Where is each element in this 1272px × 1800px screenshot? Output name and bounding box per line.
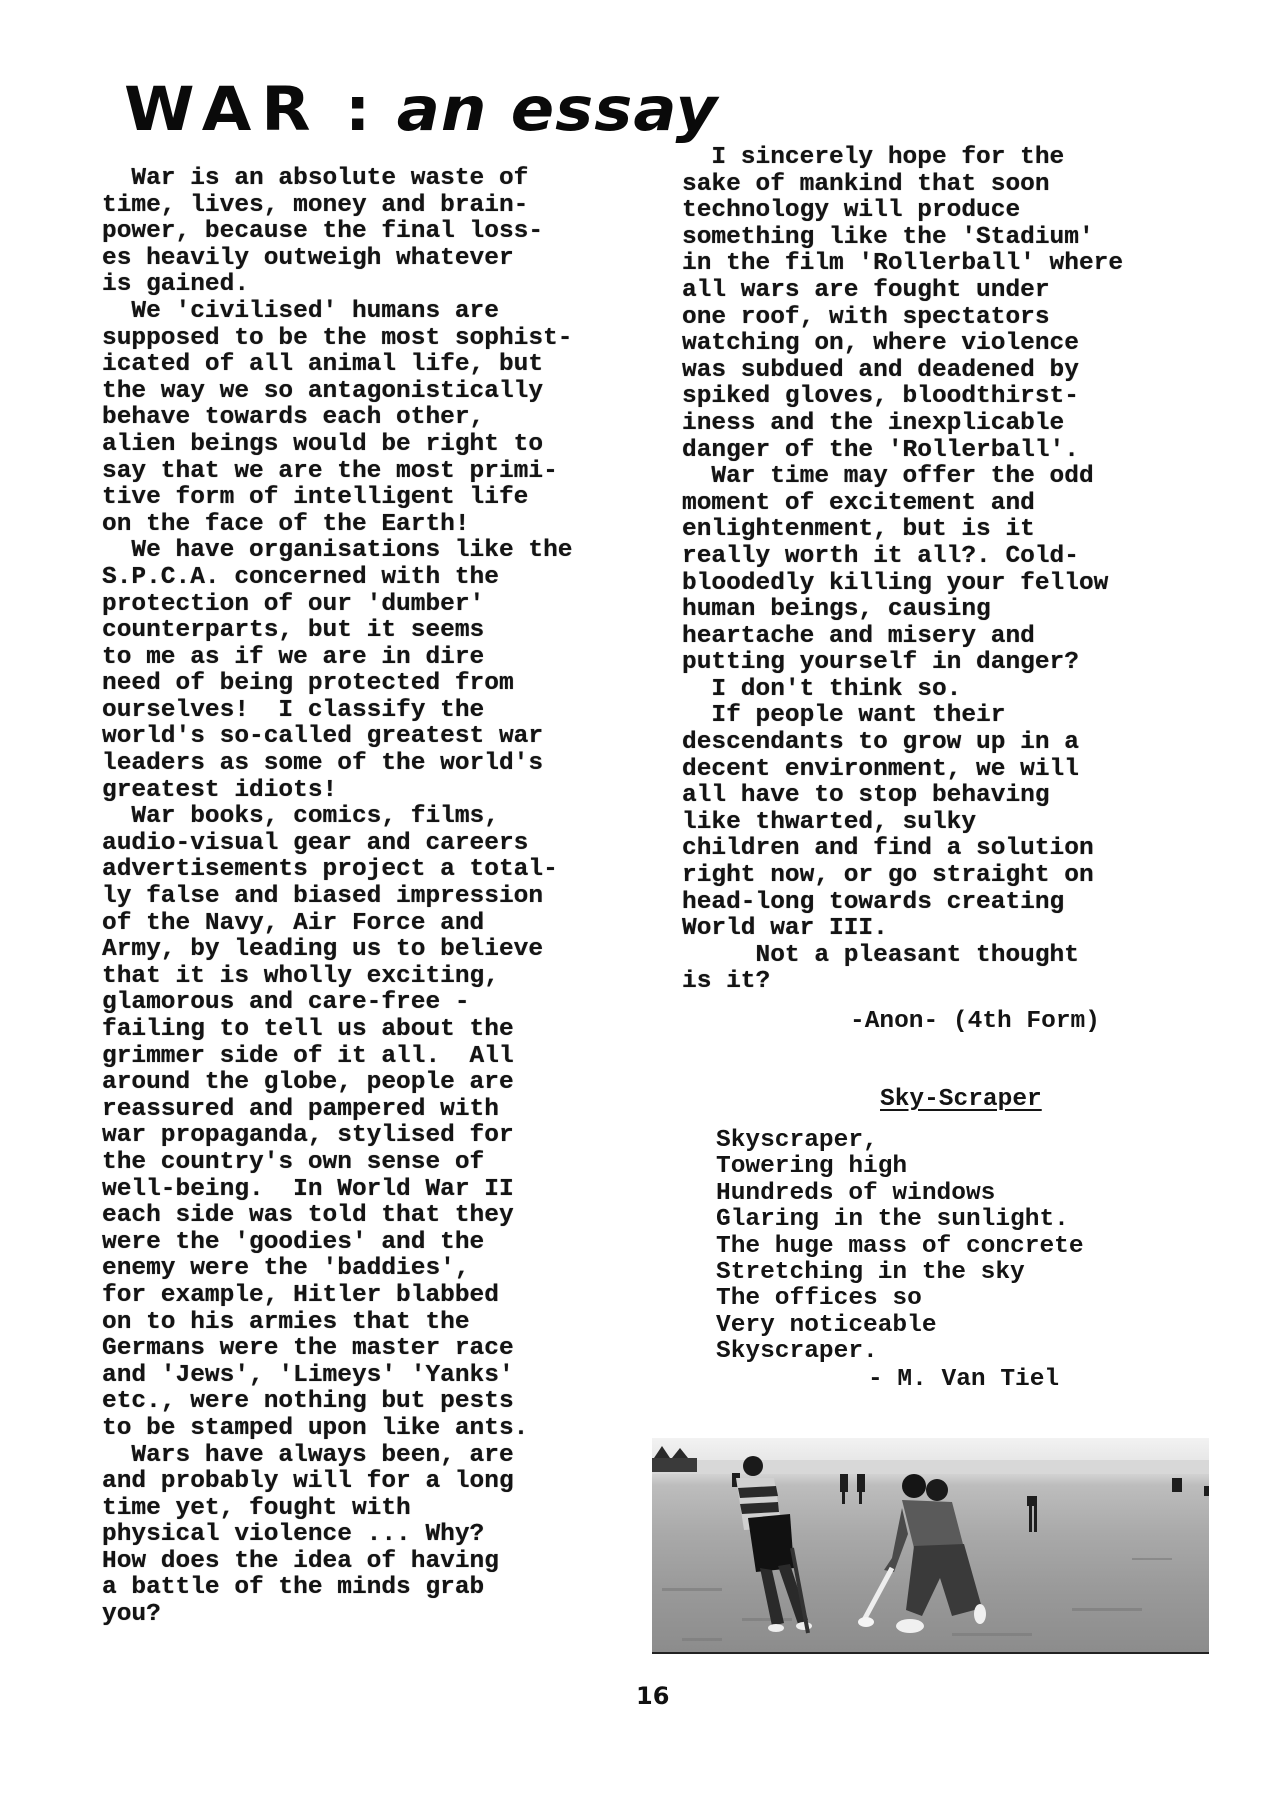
essay-text-line: Not a pleasant thought (682, 943, 1123, 970)
essay-text-line: on the face of the Earth! (102, 512, 572, 539)
essay-text-line: War books, comics, films, (102, 804, 572, 831)
essay-text-line: ly false and biased impression (102, 884, 572, 911)
essay-title-war: WAR (124, 75, 321, 145)
essay-text-line: is gained. (102, 272, 572, 299)
essay-text-line: that it is wholly exciting, (102, 964, 572, 991)
essay-text-line: and 'Jews', 'Limeys' 'Yanks' (102, 1363, 572, 1390)
essay-text-line: glamorous and care-free - (102, 990, 572, 1017)
essay-text-line: icated of all animal life, but (102, 352, 572, 379)
essay-text-line: Wars have always been, are (102, 1443, 572, 1470)
essay-text-line: well-being. In World War II (102, 1177, 572, 1204)
essay-text-line: I don't think so. (682, 677, 1123, 704)
essay-text-line: the country's own sense of (102, 1150, 572, 1177)
poem-body: Skyscraper,Towering highHundreds of wind… (716, 1128, 1084, 1366)
essay-text-line: etc., were nothing but pests (102, 1389, 572, 1416)
essay-text-line: putting yourself in danger? (682, 650, 1123, 677)
hockey-photo (652, 1438, 1209, 1654)
essay-text-line: right now, or go straight on (682, 863, 1123, 890)
essay-text-line: say that we are the most primi- (102, 459, 572, 486)
poem-line: Hundreds of windows (716, 1181, 1084, 1207)
essay-text-line: grimmer side of it all. All (102, 1044, 572, 1071)
essay-text-line: head-long towards creating (682, 890, 1123, 917)
essay-text-line: need of being protected from (102, 671, 572, 698)
essay-text-line: time yet, fought with (102, 1496, 572, 1523)
essay-text-line: World war III. (682, 916, 1123, 943)
essay-text-line: you? (102, 1602, 572, 1629)
essay-title: WAR : an essay (124, 80, 718, 141)
document-page: WAR : an essay War is an absolute waste … (0, 0, 1272, 1800)
essay-text-line: watching on, where violence (682, 331, 1123, 358)
essay-text-line: behave towards each other, (102, 405, 572, 432)
essay-text-line: es heavily outweigh whatever (102, 246, 572, 273)
essay-text-line: power, because the final loss- (102, 219, 572, 246)
essay-text-line: sake of mankind that soon (682, 172, 1123, 199)
essay-text-line: war propaganda, stylised for (102, 1123, 572, 1150)
essay-text-line: one roof, with spectators (682, 305, 1123, 332)
essay-text-line: decent environment, we will (682, 757, 1123, 784)
essay-text-line: around the globe, people are (102, 1070, 572, 1097)
poem-title: Sky-Scraper (880, 1086, 1042, 1113)
essay-text-line: iness and the inexplicable (682, 411, 1123, 438)
essay-text-line: enemy were the 'baddies', (102, 1256, 572, 1283)
essay-text-line: ourselves! I classify the (102, 698, 572, 725)
essay-text-line: for example, Hitler blabbed (102, 1283, 572, 1310)
poem-line: The offices so (716, 1286, 1084, 1312)
essay-text-line: War time may offer the odd (682, 464, 1123, 491)
essay-text-line: How does the idea of having (102, 1549, 572, 1576)
essay-text-line: alien beings would be right to (102, 432, 572, 459)
essay-text-line: the way we so antagonistically (102, 379, 572, 406)
essay-text-line: spiked gloves, bloodthirst- (682, 384, 1123, 411)
essay-right-column: I sincerely hope for thesake of mankind … (682, 145, 1123, 996)
essay-text-line: were the 'goodies' and the (102, 1230, 572, 1257)
essay-text-line: is it? (682, 969, 1123, 996)
essay-text-line: bloodedly killing your fellow (682, 571, 1123, 598)
essay-text-line: War is an absolute waste of (102, 166, 572, 193)
poem-line: Skyscraper. (716, 1339, 1084, 1365)
poem-line: Skyscraper, (716, 1128, 1084, 1154)
essay-text-line: something like the 'Stadium' (682, 225, 1123, 252)
essay-text-line: enlightenment, but is it (682, 517, 1123, 544)
essay-text-line: all wars are fought under (682, 278, 1123, 305)
essay-text-line: failing to tell us about the (102, 1017, 572, 1044)
essay-text-line: physical violence ... Why? (102, 1522, 572, 1549)
essay-text-line: technology will produce (682, 198, 1123, 225)
poem-line: Very noticeable (716, 1313, 1084, 1339)
essay-text-line: on to his armies that the (102, 1310, 572, 1337)
essay-text-line: to me as if we are in dire (102, 645, 572, 672)
essay-text-line: in the film 'Rollerball' where (682, 251, 1123, 278)
essay-text-line: tive form of intelligent life (102, 485, 572, 512)
essay-text-line: descendants to grow up in a (682, 730, 1123, 757)
essay-text-line: advertisements project a total- (102, 857, 572, 884)
essay-text-line: heartache and misery and (682, 624, 1123, 651)
essay-text-line: If people want their (682, 703, 1123, 730)
essay-text-line: I sincerely hope for the (682, 145, 1123, 172)
essay-text-line: danger of the 'Rollerball'. (682, 438, 1123, 465)
essay-left-column: War is an absolute waste oftime, lives, … (102, 166, 572, 1629)
essay-text-line: each side was told that they (102, 1203, 572, 1230)
essay-text-line: greatest idiots! (102, 778, 572, 805)
essay-text-line: S.P.C.A. concerned with the (102, 565, 572, 592)
poem-line: Stretching in the sky (716, 1260, 1084, 1286)
essay-text-line: a battle of the minds grab (102, 1575, 572, 1602)
essay-text-line: children and find a solution (682, 836, 1123, 863)
poem-line: The huge mass of concrete (716, 1234, 1084, 1260)
essay-text-line: time, lives, money and brain- (102, 193, 572, 220)
essay-text-line: moment of excitement and (682, 491, 1123, 518)
page-number: 16 (636, 1682, 669, 1710)
poem-line: Glaring in the sunlight. (716, 1207, 1084, 1233)
essay-text-line: supposed to be the most sophist- (102, 326, 572, 353)
essay-text-line: of the Navy, Air Force and (102, 911, 572, 938)
essay-title-separator: : (345, 75, 373, 145)
essay-text-line: counterparts, but it seems (102, 618, 572, 645)
essay-text-line: was subdued and deadened by (682, 358, 1123, 385)
essay-title-subtitle: an essay (397, 75, 719, 145)
essay-text-line: like thwarted, sulky (682, 810, 1123, 837)
hockey-photo-image (652, 1438, 1209, 1652)
essay-text-line: Germans were the master race (102, 1336, 572, 1363)
essay-text-line: We 'civilised' humans are (102, 299, 572, 326)
essay-text-line: leaders as some of the world's (102, 751, 572, 778)
essay-signoff: -Anon- (4th Form) (850, 1008, 1100, 1035)
essay-text-line: all have to stop behaving (682, 783, 1123, 810)
essay-text-line: human beings, causing (682, 597, 1123, 624)
essay-text-line: protection of our 'dumber' (102, 592, 572, 619)
essay-text-line: Army, by leading us to believe (102, 937, 572, 964)
essay-text-line: audio-visual gear and careers (102, 831, 572, 858)
essay-text-line: We have organisations like the (102, 538, 572, 565)
poem-line: Towering high (716, 1154, 1084, 1180)
essay-text-line: really worth it all?. Cold- (682, 544, 1123, 571)
essay-text-line: reassured and pampered with (102, 1097, 572, 1124)
essay-text-line: world's so-called greatest war (102, 724, 572, 751)
essay-text-line: and probably will for a long (102, 1469, 572, 1496)
poem-author: - M. Van Tiel (868, 1366, 1059, 1393)
essay-text-line: to be stamped upon like ants. (102, 1416, 572, 1443)
